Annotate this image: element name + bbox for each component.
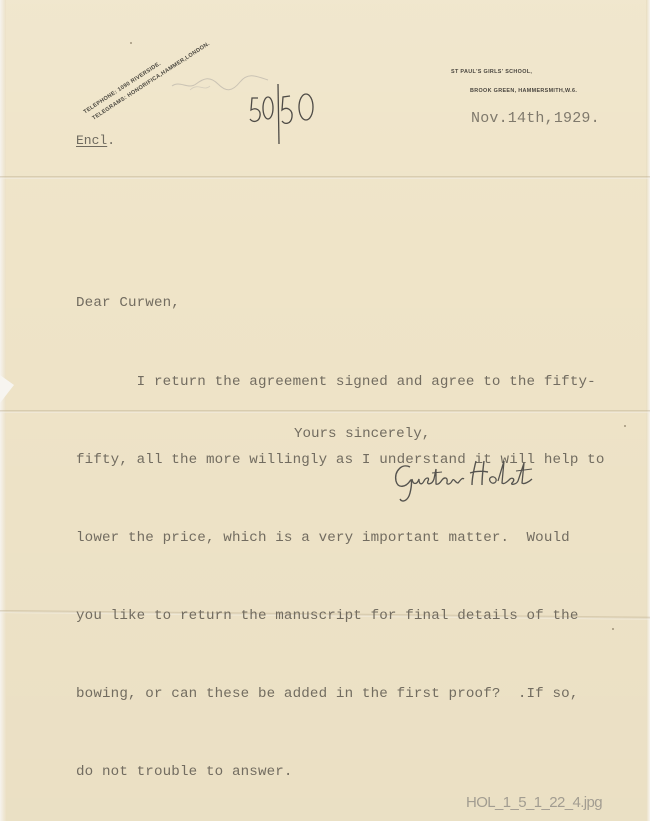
letterhead-school: ST PAUL'S GIRLS' SCHOOL, xyxy=(451,69,532,75)
enclosure-label: Encl xyxy=(76,133,107,148)
body-line: you like to return the manuscript for fi… xyxy=(76,603,605,629)
body-line: lower the price, which is a very importa… xyxy=(76,525,605,551)
paper-speck xyxy=(612,628,614,630)
closing: Yours sincerely, xyxy=(294,426,430,442)
torn-edge xyxy=(0,375,14,403)
signature-handwritten xyxy=(392,455,552,505)
paper-speck xyxy=(130,42,132,44)
enclosure-note: Encl. xyxy=(76,133,115,148)
letterhead-street: BROOK GREEN, HAMMERSMITH,W.6. xyxy=(470,88,577,94)
file-name-label: HOL_1_5_1_22_4.jpg xyxy=(466,794,602,811)
body-line: do not trouble to answer. xyxy=(76,759,605,785)
paper-speck xyxy=(624,425,626,427)
letter-body: Dear Curwen, I return the agreement sign… xyxy=(76,238,605,811)
fold-line xyxy=(0,176,650,179)
body-line: bowing, or can these be added in the fir… xyxy=(76,681,605,707)
pencil-annotation-fifty-fifty xyxy=(248,78,328,148)
letter-date: Nov.14th,1929. xyxy=(471,110,600,127)
body-line: I return the agreement signed and agree … xyxy=(76,369,605,395)
salutation: Dear Curwen, xyxy=(76,290,605,316)
enclosure-period: . xyxy=(107,133,115,148)
